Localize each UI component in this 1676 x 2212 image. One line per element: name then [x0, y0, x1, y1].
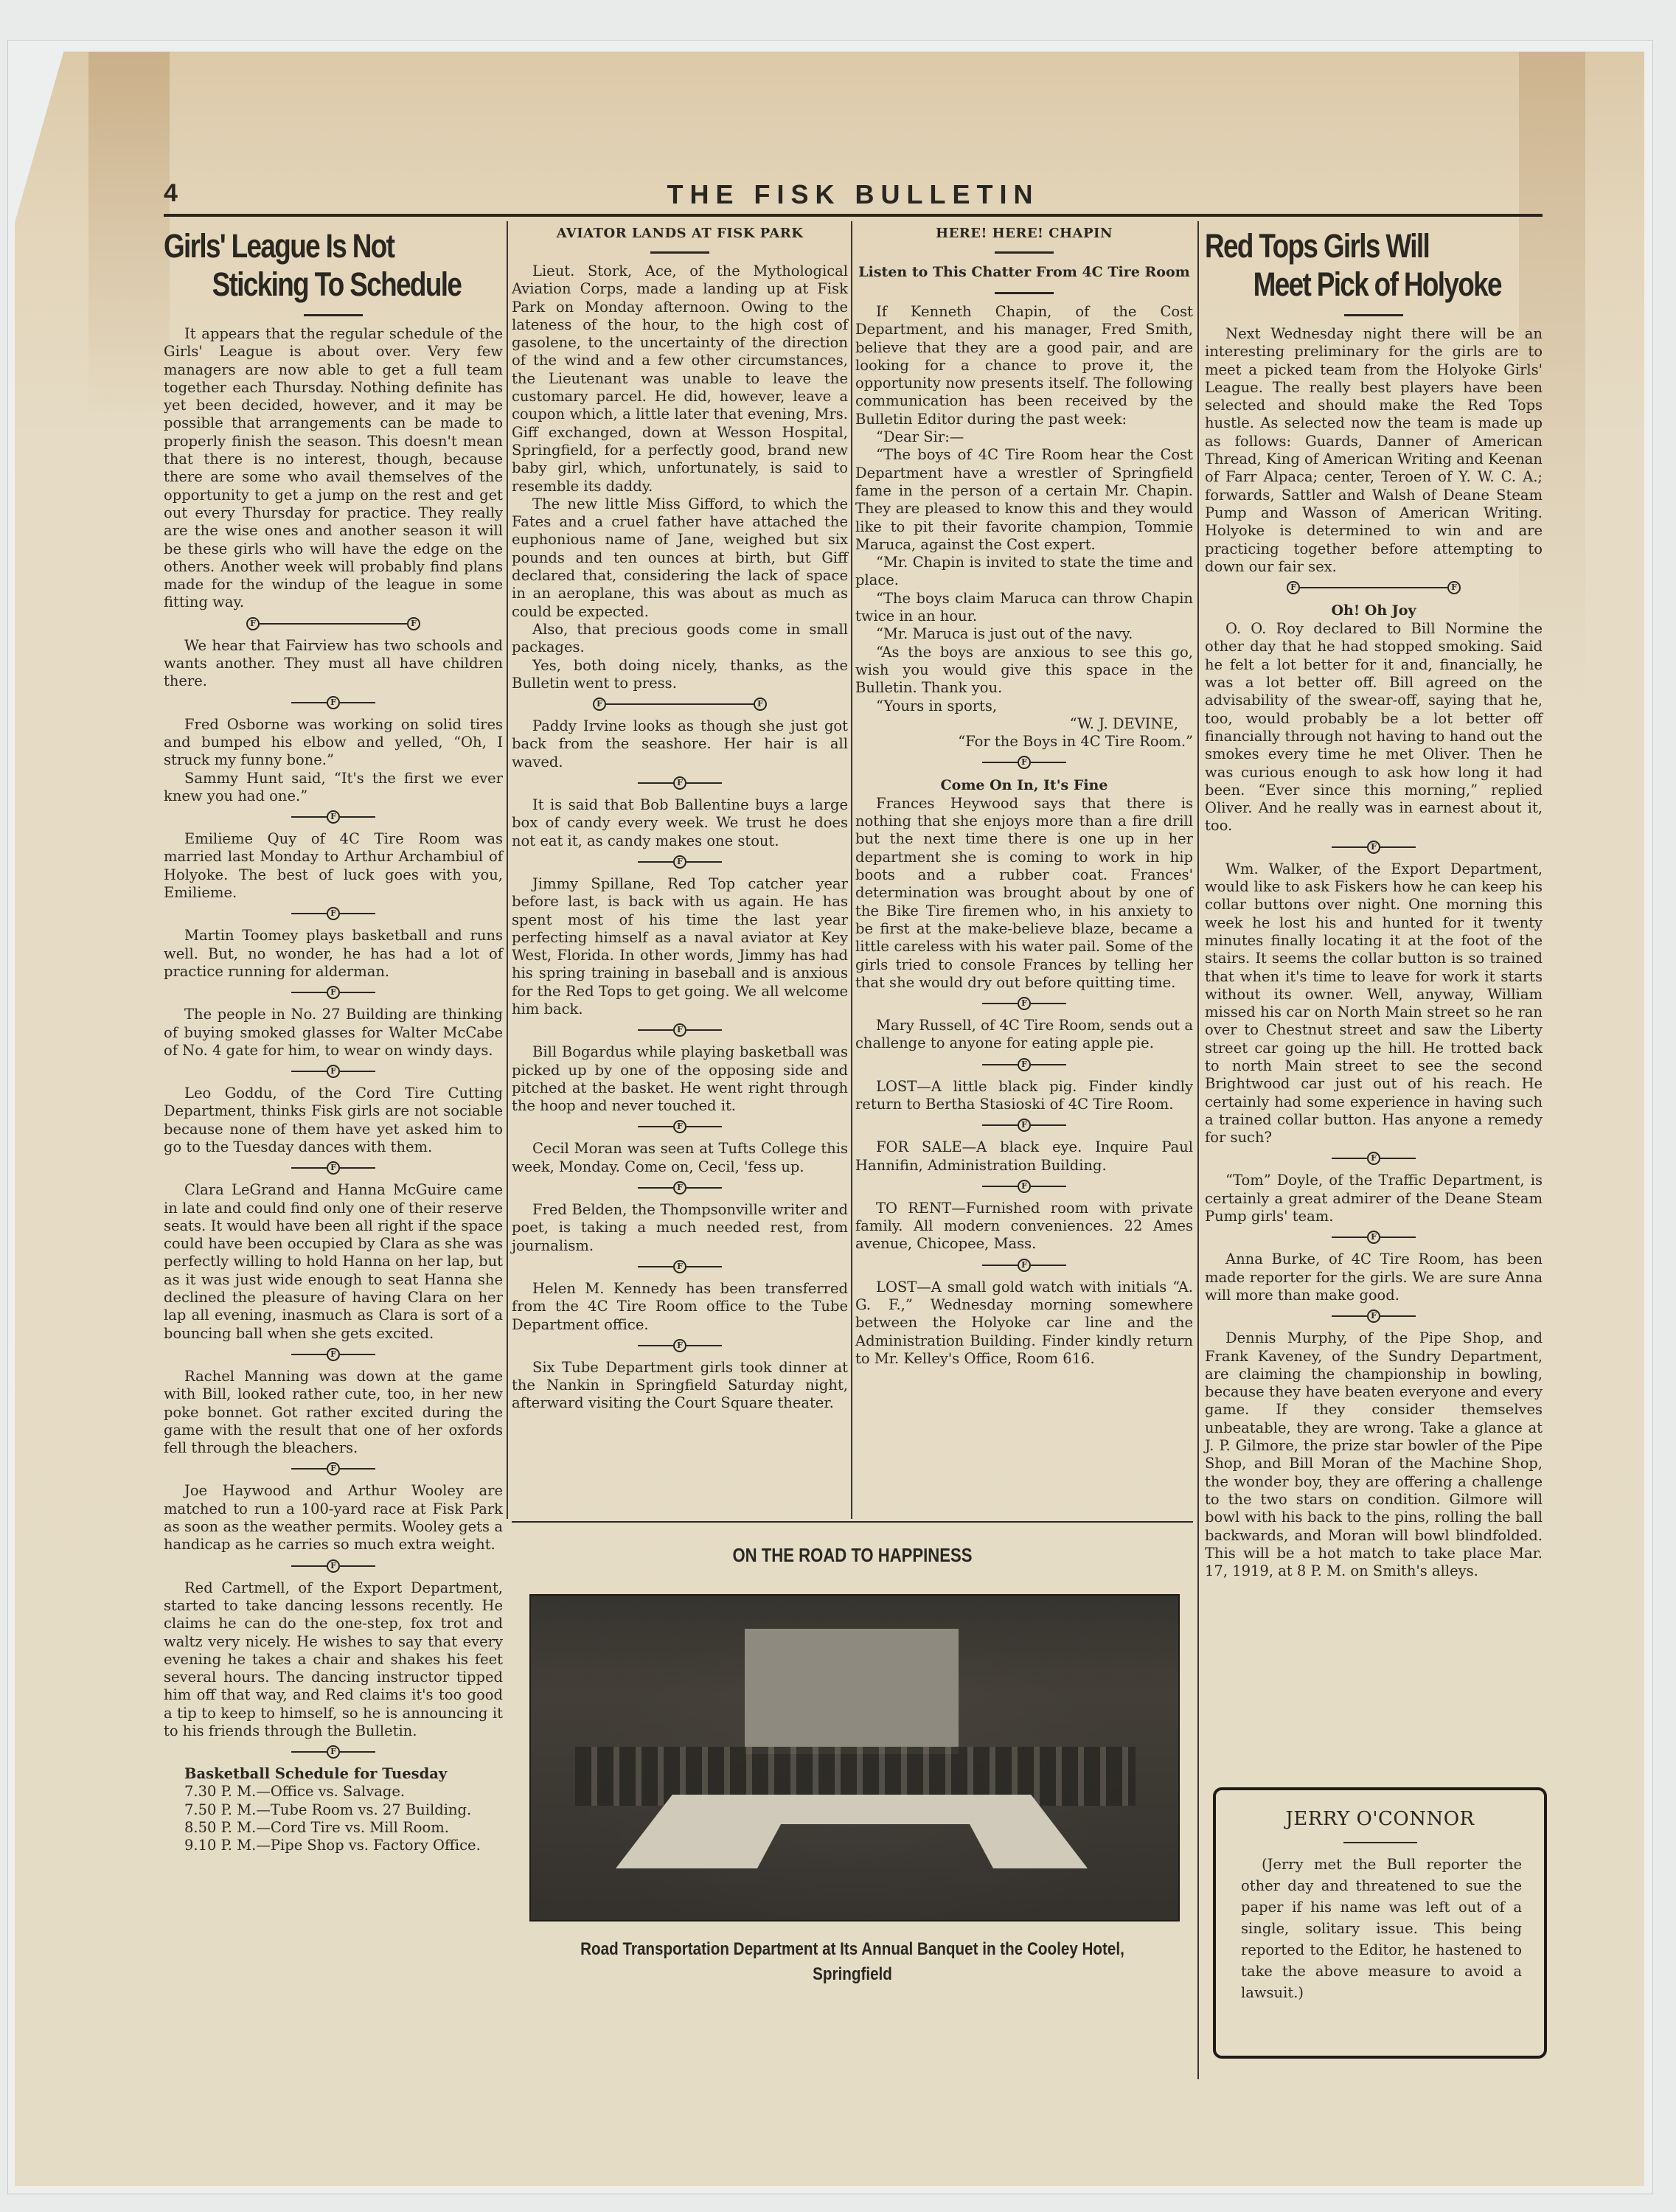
schedule-entry: 7.50 P. M.—Tube Room vs. 27 Building. — [164, 1801, 503, 1819]
article-paragraph: The new little Miss Gifford, to which th… — [512, 495, 848, 621]
f-divider: F — [1205, 1151, 1543, 1166]
news-item: Leo Goddu, of the Cord Tire Cutting Depa… — [164, 1085, 503, 1156]
subheadline: Oh! Oh Joy — [1205, 601, 1543, 620]
f-divider: F — [164, 1559, 503, 1573]
letter-line: “Dear Sir:— — [855, 428, 1193, 446]
column-aviator: AVIATOR LANDS AT FISK PARK Lieut. Stork,… — [512, 221, 848, 1413]
f-divider: F — [855, 996, 1193, 1011]
photo-feature: ON THE ROAD TO HAPPINESS Road Transporta… — [512, 1528, 1193, 2059]
box-title: JERRY O'CONNOR — [1216, 1808, 1544, 1830]
news-item: Dennis Murphy, of the Pipe Shop, and Fra… — [1205, 1329, 1543, 1580]
news-item: Jimmy Spillane, Red Top catcher year bef… — [512, 875, 848, 1018]
f-divider: FF — [164, 616, 503, 631]
box-text: (Jerry met the Bull reporter the other d… — [1216, 1854, 1544, 2003]
article-paragraph: Yes, both doing nicely, thanks, as the B… — [512, 657, 848, 693]
schedule-entry: 8.50 P. M.—Cord Tire vs. Mill Room. — [164, 1819, 503, 1837]
news-item: O. O. Roy declared to Bill Normine the o… — [1205, 620, 1543, 835]
letter-line: “Mr. Maruca is just out of the navy. — [855, 625, 1193, 643]
news-item: Fred Belden, the Thompsonville writer an… — [512, 1201, 848, 1255]
letter-line: “Yours in sports, — [855, 698, 1193, 715]
newspaper-title: THE FISK BULLETIN — [164, 179, 1543, 210]
news-item: Helen M. Kennedy has been transferred fr… — [512, 1280, 848, 1334]
divider-rule — [1343, 1842, 1417, 1843]
news-item: It is said that Bob Ballentine buys a la… — [512, 796, 848, 850]
letter-line: “The boys claim Maruca can throw Chapin … — [855, 590, 1193, 626]
f-divider: F — [512, 855, 848, 869]
news-item: Red Cartmell, of the Export Department, … — [164, 1579, 503, 1741]
column-red-tops: Red Tops Girls Will Meet Pick of Holyoke… — [1205, 221, 1543, 1580]
f-divider: F — [164, 695, 503, 710]
masthead-rule — [164, 214, 1543, 217]
banquet-photo — [529, 1594, 1180, 1921]
subheadline: Come On In, It's Fine — [855, 776, 1193, 795]
letter-line: “Mr. Chapin is invited to state the time… — [855, 554, 1193, 590]
subheadline: Listen to This Chatter From 4C Tire Room — [855, 262, 1193, 282]
section-rule — [512, 1521, 1193, 1523]
news-item: “Tom” Doyle, of the Traffic Department, … — [1205, 1172, 1543, 1225]
f-divider: F — [164, 985, 503, 1000]
news-item: We hear that Fairview has two schools an… — [164, 637, 503, 691]
f-divider: F — [164, 1745, 503, 1759]
f-divider: F — [512, 1119, 848, 1134]
news-item: Wm. Walker, of the Export Department, wo… — [1205, 860, 1543, 1147]
f-divider: FF — [512, 697, 848, 712]
letter-line: “The boys of 4C Tire Room hear the Cost … — [855, 446, 1193, 554]
f-divider: F — [512, 1338, 848, 1353]
column-rule — [1197, 221, 1199, 2079]
f-divider: F — [512, 776, 848, 790]
news-item: Six Tube Department girls took dinner at… — [512, 1359, 848, 1413]
headline: Girls' League Is Not Sticking To Schedul… — [164, 227, 442, 304]
article-paragraph: Lieut. Stork, Ace, of the Mythological A… — [512, 262, 848, 495]
column-girls-league: Girls' League Is Not Sticking To Schedul… — [164, 221, 503, 1854]
divider-rule — [995, 251, 1054, 254]
headline: Red Tops Girls Will Meet Pick of Holyoke — [1205, 227, 1482, 304]
classified-ad: FOR SALE—A black eye. Inquire Paul Hanni… — [855, 1138, 1193, 1175]
photo-headline: ON THE ROAD TO HAPPINESS — [563, 1544, 1141, 1567]
news-item: Emilieme Quy of 4C Tire Room was married… — [164, 830, 503, 902]
news-item: Joe Haywood and Arthur Wooley are matche… — [164, 1482, 503, 1554]
news-item: Anna Burke, of 4C Tire Room, has been ma… — [1205, 1251, 1543, 1304]
f-divider: F — [512, 1259, 848, 1274]
divider-rule — [304, 314, 363, 316]
classified-ad: TO RENT—Furnished room with private fami… — [855, 1200, 1193, 1253]
article-paragraph: If Kenneth Chapin, of the Cost Departmen… — [855, 303, 1193, 428]
f-divider: FF — [1205, 580, 1543, 595]
f-divider: F — [855, 1118, 1193, 1133]
column-chapin: HERE! HERE! CHAPIN Listen to This Chatte… — [855, 221, 1193, 1368]
letter-line: “As the boys are anxious to see this go,… — [855, 644, 1193, 698]
f-divider: F — [164, 1461, 503, 1476]
article-paragraph: Also, that precious goods come in small … — [512, 621, 848, 657]
divider-rule — [650, 251, 709, 254]
news-item: The people in No. 27 Building are thinki… — [164, 1006, 503, 1060]
f-divider: F — [512, 1180, 848, 1195]
masthead: 4 THE FISK BULLETIN — [164, 179, 1543, 215]
classified-ad: LOST—A little black pig. Finder kindly r… — [855, 1078, 1193, 1114]
column-rule — [851, 221, 852, 1519]
photo-window — [745, 1629, 959, 1754]
news-item: Rachel Manning was down at the game with… — [164, 1368, 503, 1457]
letter-signature-for: “For the Boys in 4C Tire Room.” — [855, 733, 1193, 751]
f-divider: F — [164, 1161, 503, 1175]
photo-caption: Road Transportation Department at Its An… — [560, 1937, 1146, 1987]
headline: HERE! HERE! CHAPIN — [855, 226, 1193, 241]
f-divider: F — [164, 1064, 503, 1079]
f-divider: F — [855, 1179, 1193, 1194]
schedule-title: Basketball Schedule for Tuesday — [164, 1765, 503, 1783]
news-item: Mary Russell, of 4C Tire Room, sends out… — [855, 1017, 1193, 1053]
water-stain — [88, 52, 170, 420]
column-rule — [507, 221, 508, 1519]
article-paragraph: It appears that the regular schedule of … — [164, 325, 503, 612]
news-item: Paddy Irvine looks as though she just go… — [512, 717, 848, 771]
letter-signature: “W. J. DEVINE, — [855, 715, 1193, 733]
f-divider: F — [512, 1023, 848, 1037]
f-divider: F — [855, 755, 1193, 770]
classified-ad: LOST—A small gold watch with initials “A… — [855, 1279, 1193, 1368]
schedule-entry: 9.10 P. M.—Pipe Shop vs. Factory Office. — [164, 1837, 503, 1854]
news-item: Cecil Moran was seen at Tufts College th… — [512, 1140, 848, 1176]
f-divider: F — [1205, 1230, 1543, 1245]
news-item: Martin Toomey plays basketball and runs … — [164, 927, 503, 981]
news-item: Clara LeGrand and Hanna McGuire came in … — [164, 1181, 503, 1343]
f-divider: F — [855, 1057, 1193, 1072]
f-divider: F — [164, 1347, 503, 1362]
f-divider: F — [164, 810, 503, 824]
news-item: Bill Bogardus while playing basketball w… — [512, 1043, 848, 1115]
headline: AVIATOR LANDS AT FISK PARK — [512, 226, 848, 241]
f-divider: F — [1205, 1309, 1543, 1324]
news-item: Fred Osborne was working on solid tires … — [164, 716, 503, 770]
news-item: Sammy Hunt said, “It's the first we ever… — [164, 770, 503, 806]
jerry-oconnor-box: JERRY O'CONNOR (Jerry met the Bull repor… — [1213, 1787, 1547, 2059]
f-divider: F — [855, 1258, 1193, 1273]
f-divider: F — [1205, 840, 1543, 855]
article-paragraph: Next Wednesday night there will be an in… — [1205, 325, 1543, 576]
schedule-entry: 7.30 P. M.—Office vs. Salvage. — [164, 1783, 503, 1801]
divider-rule — [1344, 314, 1403, 316]
article-paragraph: Frances Heywood says that there is nothi… — [855, 795, 1193, 992]
photo-table — [616, 1795, 1088, 1868]
f-divider: F — [164, 906, 503, 921]
divider-rule — [995, 292, 1054, 294]
